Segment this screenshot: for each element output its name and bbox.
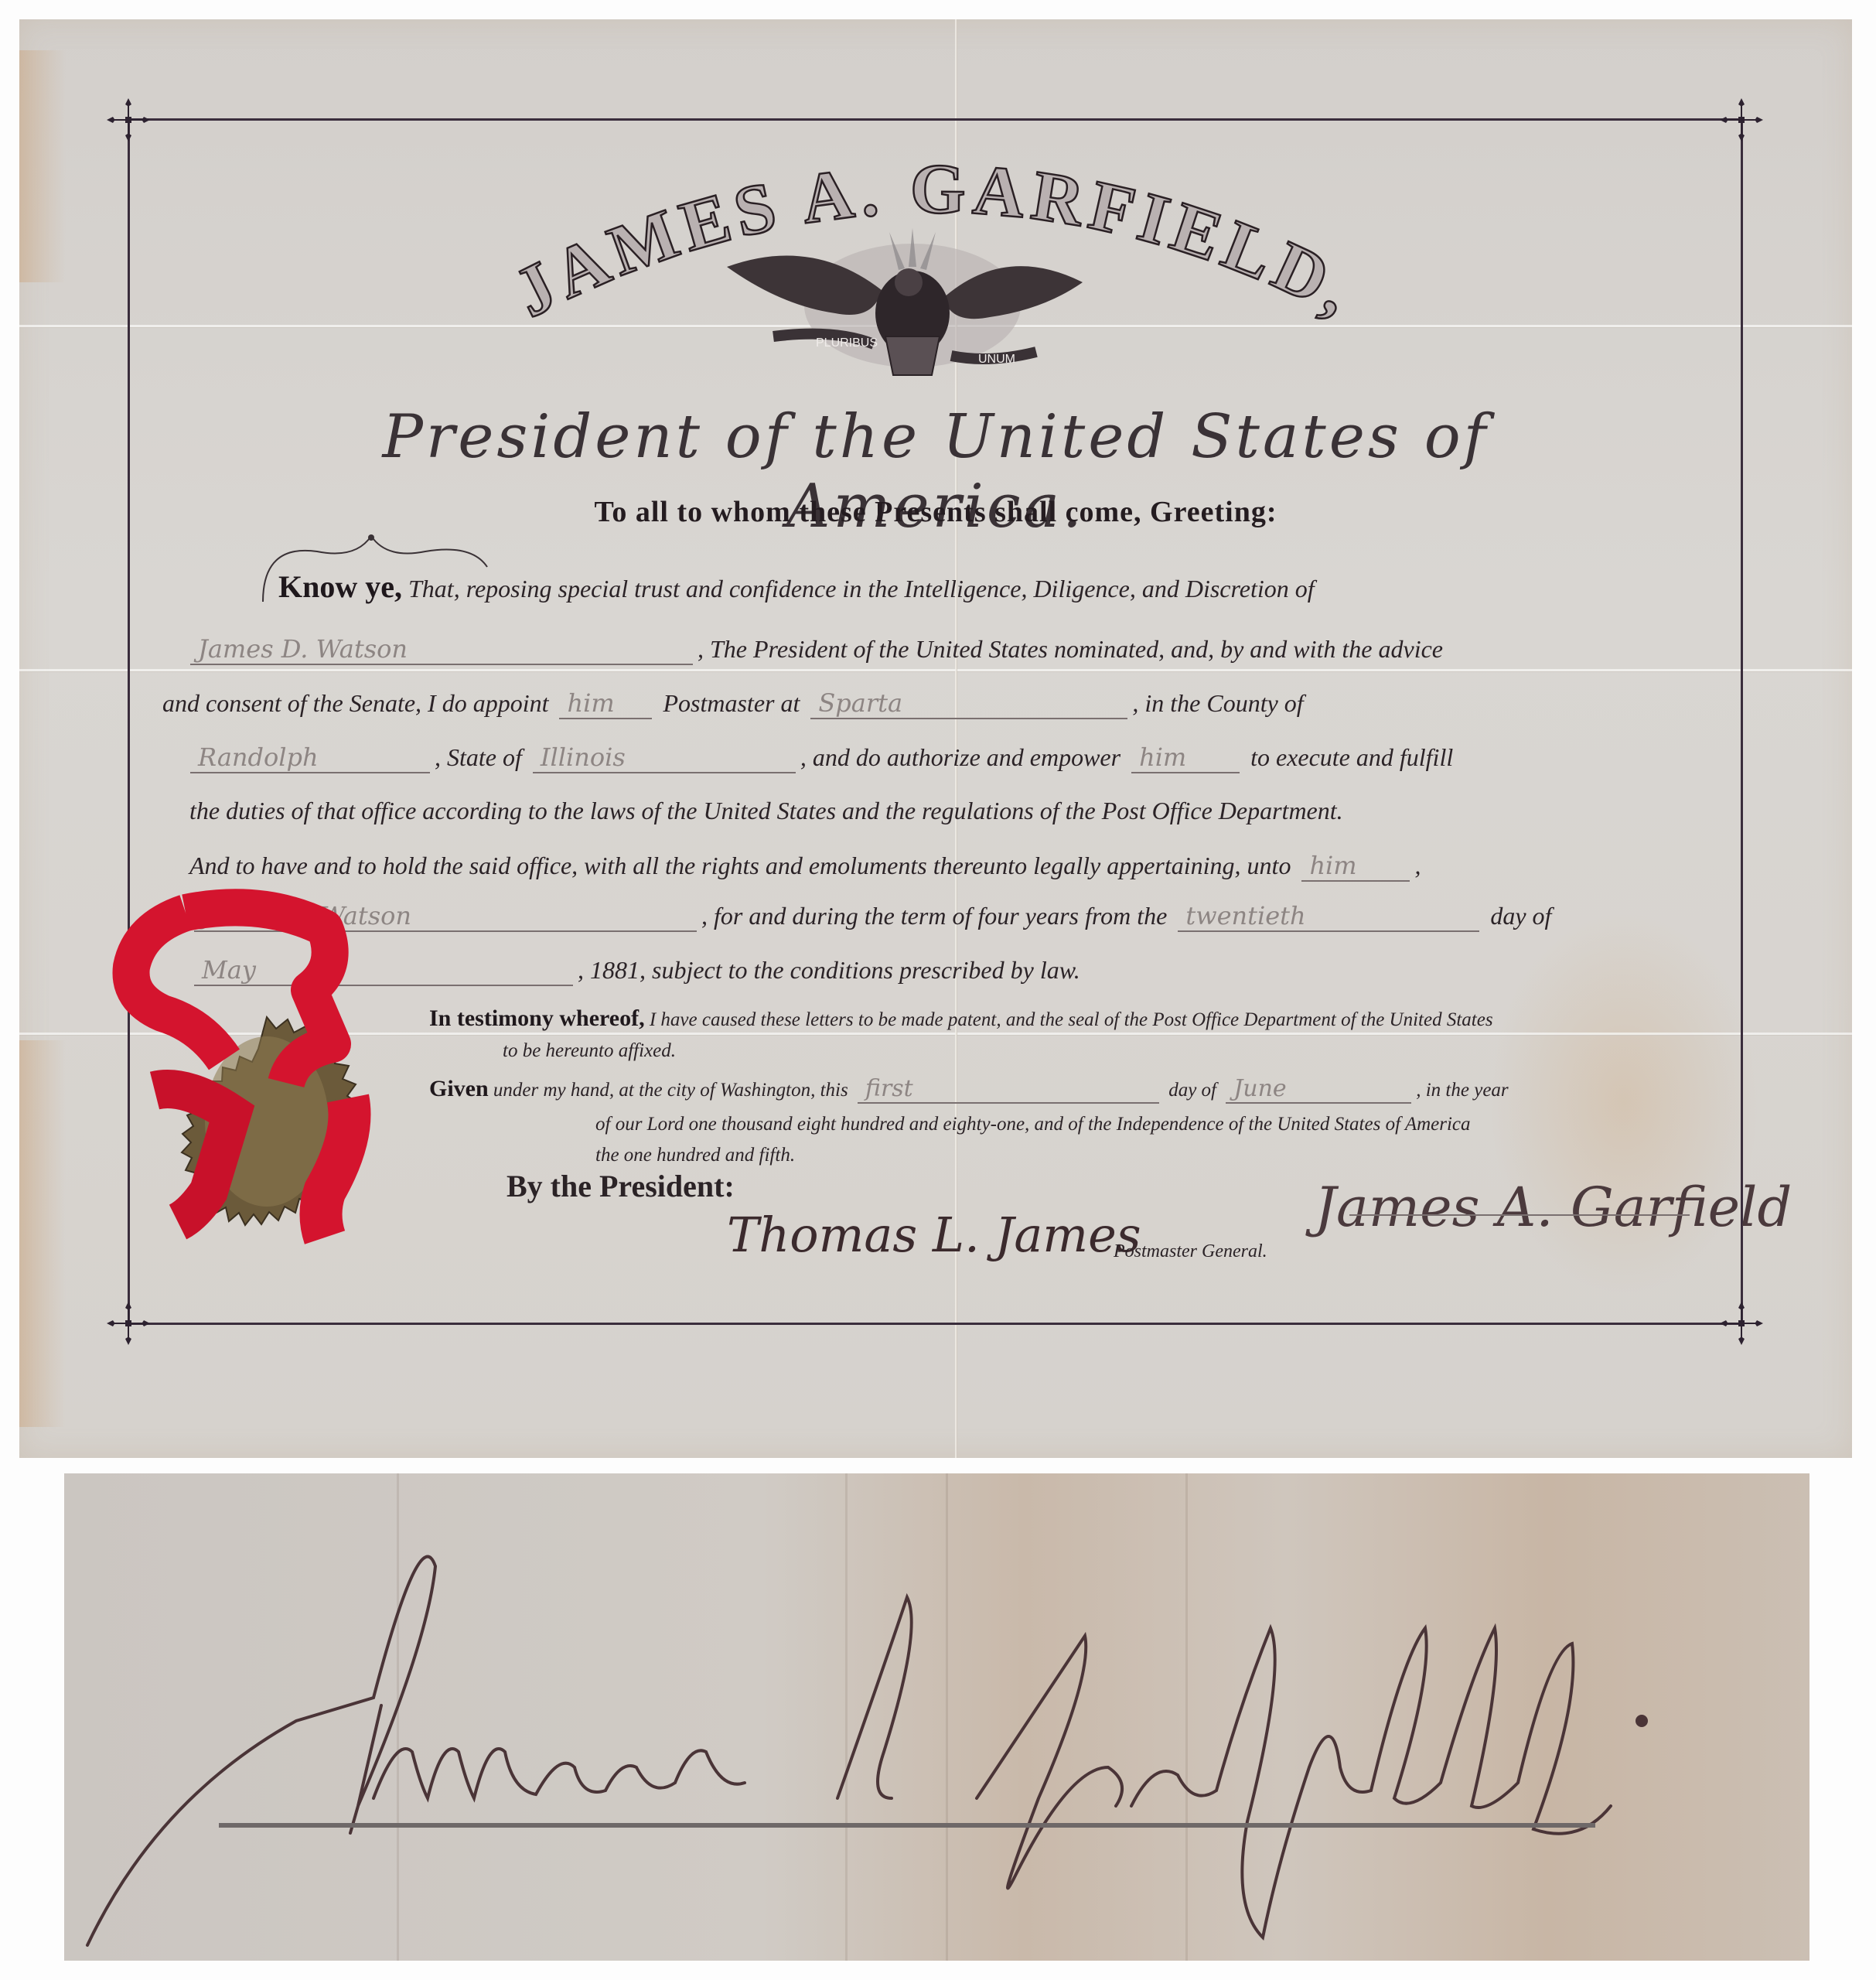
pronoun-field: him [559,688,652,719]
given-line-3: the one hundred and fifth. [595,1145,795,1166]
corner-ornament-icon [1718,97,1765,143]
county-field: Randolph [190,742,430,773]
edge-stain [19,50,66,282]
state-field: Illinois [533,742,796,773]
border-right [1741,122,1743,1321]
corner-ornament-icon [105,97,152,143]
president-signature: James A. Garfield [1315,1176,1792,1239]
signature-underline [1349,1214,1690,1216]
post-office-field: Sparta [810,688,1127,719]
by-the-president-label: By the President: [507,1168,735,1204]
body-line-6: And to have and to hold the said office,… [189,851,1421,882]
fold-line [19,669,1852,672]
given-day-field: first [858,1075,1159,1104]
testimony-line: In testimony whereof, I have caused thes… [429,1005,1493,1032]
testimony-line-2: to be hereunto affixed. [503,1040,676,1062]
know-ye-lead: Know ye, [278,569,402,604]
body-line-1: Know ye, That, reposing special trust an… [278,568,1315,605]
closeup-signature-text: James A. Garfield [358,1589,1809,1823]
border-bottom [131,1323,1740,1325]
eagle-emblem-icon: PLURIBUS UNUM [680,220,1129,383]
postmaster-general-title: Postmaster General. [1114,1241,1267,1262]
corner-ornament-icon [105,1300,152,1347]
svg-text:PLURIBUS: PLURIBUS [816,336,878,350]
postmaster-general-signature: Thomas L. James [727,1207,1141,1263]
svg-text:UNUM: UNUM [978,353,1015,366]
body-line-4: Randolph, State of Illinois, and do auth… [186,742,1453,773]
given-line-2: of our Lord one thousand eight hundred a… [595,1114,1471,1135]
signature-closeup-panel: James A. Garfield [64,1473,1809,1961]
greeting-line: To all to whom these Presents shall come… [325,495,1547,529]
pronoun-field: him [1131,742,1240,773]
given-month-field: June [1226,1075,1411,1104]
border-top [131,118,1740,121]
corner-ornament-icon [1718,1300,1765,1347]
body-line-5: the duties of that office according to t… [189,797,1343,825]
start-day-field: twentieth [1178,901,1479,932]
appointee-name-field: James D. Watson [190,634,693,665]
seal-with-ribbon-icon [93,882,433,1299]
given-line: Given under my hand, at the city of Wash… [429,1075,1509,1104]
body-line-3: and consent of the Senate, I do appoint … [162,688,1304,719]
edge-stain [19,1040,66,1427]
body-line-2: James D. Watson, The President of the Un… [186,634,1443,665]
pronoun-field: him [1301,851,1410,882]
